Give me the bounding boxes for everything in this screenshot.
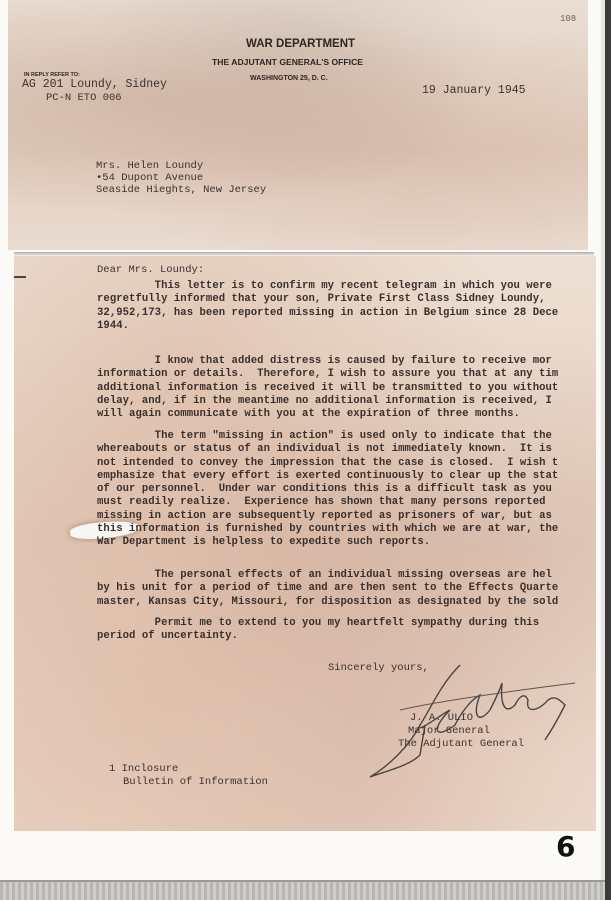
enclosure-count: 1 Inclosure bbox=[109, 763, 178, 776]
paragraph-sympathy: Permit me to extend to you my heartfelt … bbox=[97, 617, 539, 644]
page-number: 6 bbox=[556, 830, 575, 863]
paragraph-further-information: I know that added distress is caused by … bbox=[97, 355, 558, 421]
salutation: Dear Mrs. Loundy: bbox=[97, 264, 204, 277]
paragraph-missing-in-action: The term "missing in action" is used onl… bbox=[97, 430, 558, 550]
scanner-edge-strip bbox=[0, 880, 605, 900]
letter-date: 19 January 1945 bbox=[422, 84, 526, 97]
letterhead-office: THE ADJUTANT GENERAL'S OFFICE bbox=[212, 57, 363, 67]
recipient-city: Seaside Hieghts, New Jersey bbox=[96, 184, 266, 197]
reply-reference-line1: AG 201 Loundy, Sidney bbox=[22, 78, 167, 91]
handwritten-signature bbox=[360, 655, 590, 785]
paragraph-personal-effects: The personal effects of an individual mi… bbox=[97, 569, 558, 609]
reply-reference-line2: PC-N ETO 006 bbox=[46, 92, 122, 105]
margin-mark bbox=[14, 276, 26, 278]
paragraph-confirmation: This letter is to confirm my recent tele… bbox=[97, 280, 558, 333]
corner-mark: 108 bbox=[560, 13, 576, 26]
scan-edge-dark bbox=[605, 0, 611, 900]
letterhead-location: WASHINGTON 25, D. C. bbox=[250, 75, 328, 82]
letterhead-department: WAR DEPARTMENT bbox=[246, 38, 355, 50]
signatory-title: The Adjutant General bbox=[398, 738, 524, 751]
enclosure-item: Bulletin of Information bbox=[123, 776, 268, 789]
signatory-rank: Major General bbox=[408, 725, 490, 738]
signatory-name: J. A. ULIO bbox=[410, 712, 473, 725]
